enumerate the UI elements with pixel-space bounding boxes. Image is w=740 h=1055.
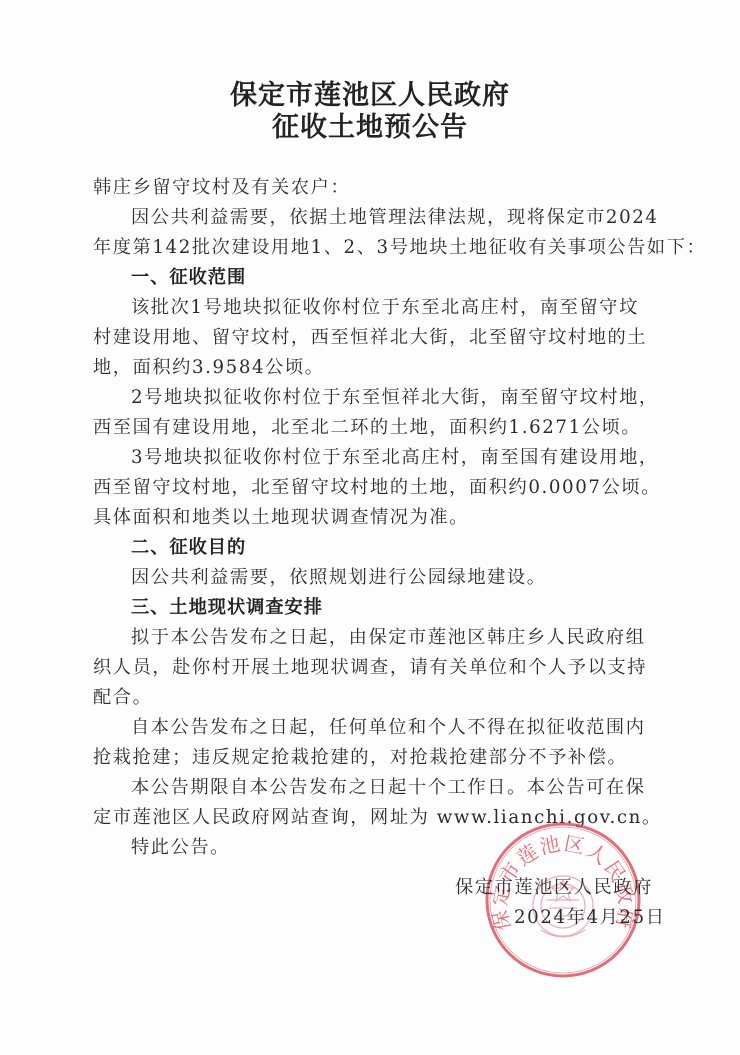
- closing-line: 特此公告。: [131, 835, 230, 861]
- signature-issuer: 保定市莲池区人民政府: [455, 875, 653, 901]
- body-line: 拟于本公告发布之日起，由保定市莲池区韩庄乡人民政府组: [131, 625, 645, 651]
- body-line: 因公共利益需要，依据土地管理法律法规，现将保定市2024: [131, 205, 659, 231]
- section-heading-purpose: 二、征收目的: [131, 535, 246, 561]
- body-line: 该批次1号地块拟征收你村位于东至北高庄村，南至留守坟: [131, 295, 639, 321]
- section-heading-survey: 三、土地现状调查安排: [131, 595, 323, 621]
- body-line: 2号地块拟征收你村位于东至恒祥北大街，南至留守坟村地，: [131, 385, 659, 411]
- addressee: 韩庄乡留守坟村及有关农户：: [93, 175, 350, 201]
- body-line: 本公告期限自本公告发布之日起十个工作日。本公告可在保: [131, 775, 645, 801]
- body-line: 抢栽抢建；违反规定抢栽抢建的，对抢栽抢建部分不予补偿。: [93, 745, 627, 771]
- body-line: 3号地块拟征收你村位于东至北高庄村，南至国有建设用地，: [131, 445, 659, 471]
- document-title-line2: 征收土地预公告: [0, 112, 740, 144]
- body-line: 村建设用地、留守坟村，西至恒祥北大街，北至留守坟村地的土: [93, 325, 647, 351]
- body-line: 因公共利益需要，依照规划进行公园绿地建设。: [131, 565, 547, 591]
- document-title-line1: 保定市莲池区人民政府: [0, 80, 740, 112]
- section-heading-scope: 一、征收范围: [131, 265, 246, 291]
- signature-date: 2024年4月25日: [514, 905, 666, 931]
- document-page: 保定市莲池区人民政府 征收土地预公告 韩庄乡留守坟村及有关农户： 因公共利益需要…: [0, 0, 740, 1055]
- body-line: 自本公告发布之日起，任何单位和个人不得在拟征收范围内: [131, 715, 645, 741]
- body-line: 织人员，赴你村开展土地现状调查，请有关单位和个人予以支持: [93, 655, 647, 681]
- body-line: 年度第142批次建设用地1、2、3号地块土地征收有关事项公告如下：: [93, 235, 706, 261]
- body-line: 地，面积约3.9584公顷。: [93, 355, 325, 381]
- body-line: 配合。: [93, 685, 152, 711]
- body-line: 西至留守坟村地，北至留守坟村地的土地，面积约0.0007公顷。: [93, 475, 661, 501]
- body-line: 具体面积和地类以土地现状调查情况为准。: [93, 505, 469, 531]
- body-line: 西至国有建设用地，北至北二环的土地，面积约1.6271公顷。: [93, 415, 641, 441]
